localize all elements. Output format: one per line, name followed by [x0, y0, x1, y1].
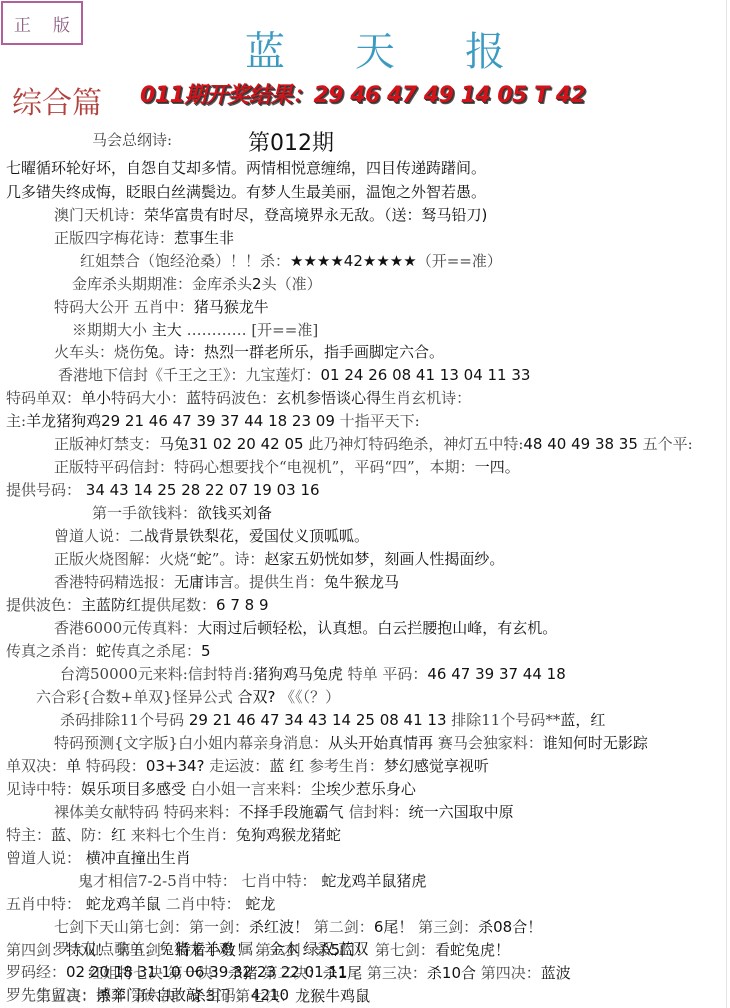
- line-value: 蓝 红: [269, 757, 304, 775]
- line-label: 香港6000元传真料：: [54, 619, 197, 637]
- line-value: 2: [252, 275, 262, 293]
- content-line: ※期期大小 主大 ………… [开==准]: [72, 320, 318, 340]
- line-value: 蓝，红: [560, 711, 605, 729]
- line-value: 29 21 46 47 39 37 44 18 23 09: [101, 412, 335, 430]
- line-value: 一四。: [475, 458, 520, 476]
- line-value: 蛇龙: [245, 895, 275, 913]
- line-label: 《《（？）: [275, 688, 340, 706]
- issue-number: 第012期: [248, 126, 334, 157]
- line-label: 见诗中特：: [6, 780, 81, 798]
- line-value: 兔猪龙羊鸡: [159, 940, 234, 958]
- line-label: 第四决：: [476, 964, 541, 982]
- line-label: 马会总纲诗:: [92, 131, 172, 149]
- line-label: ※期期大小: [72, 321, 152, 339]
- line-label: 鬼才相信7-2-5肖中特： 七肖中特：: [78, 872, 321, 890]
- line-label: 排除11个号码**: [447, 711, 561, 729]
- line-value: 主大: [152, 321, 182, 339]
- section-title: 综合篇: [12, 78, 102, 122]
- line-label: 正版四字梅花诗：: [54, 229, 174, 247]
- line-label: （开==准）: [417, 252, 502, 270]
- line-value: 荣华富贵有时尽，登高境界永无敌。（送：驽马铅刀): [144, 206, 487, 224]
- line-label: 特码大公开 五肖中：: [54, 298, 194, 316]
- content-line: 特码大公开 五肖中：猪马猴龙牛: [54, 297, 269, 317]
- line-value: 合双?: [237, 688, 275, 706]
- content-line: 七曜循环轮好坏，自怨自艾却多情。两情相悦意缠绵，四目传递踌躇间。: [6, 158, 486, 178]
- line-label: 香港地下信封《千王之王》：九宝莲灯：: [58, 366, 321, 384]
- content-line: 罗码经：02 20 18 31 10 06 39 32 23 22 01 11: [6, 962, 348, 982]
- line-value: 玄机参悟谈心得: [276, 389, 381, 407]
- line-label: 主:: [6, 412, 26, 430]
- line-label: 提供波色：: [6, 596, 81, 614]
- line-value: 6 7 8 9: [216, 596, 268, 614]
- line-label: 、防：: [66, 826, 111, 844]
- line-label: 第七剑：: [370, 941, 435, 959]
- line-value: 蓝波: [541, 964, 571, 982]
- content-line: 罗先生留言：博弈门砖自敢敲 组码：4210: [6, 985, 289, 1005]
- content-line: 主:羊龙猪狗鸡29 21 46 47 39 37 44 18 23 09 十指平…: [6, 411, 420, 431]
- line-value: 01 24 26 08 41 13 04 11 33: [321, 366, 531, 384]
- line-label: 属：: [234, 940, 269, 958]
- content-line: 香港地下信封《千王之王》：九宝莲灯：01 24 26 08 41 13 04 1…: [58, 365, 530, 385]
- line-label: 澳门天机诗：: [54, 206, 144, 224]
- line-label: 六合彩{合数+单双}怪异公式: [36, 688, 237, 706]
- line-value: 5: [201, 642, 211, 660]
- line-value: 杀10合: [427, 964, 476, 982]
- content-line: 六合彩{合数+单双}怪异公式 合双? 《《（？）: [36, 687, 340, 707]
- line-label: 生肖玄机诗：: [381, 389, 471, 407]
- line-value: 29 21 46 47 34 43 14 25 08 41 13: [189, 711, 447, 729]
- line-label: ………… [开==准]: [182, 321, 318, 339]
- content-line: 特码单双：单小特码大小：蓝特码波色：玄机参悟谈心得生肖玄机诗：: [6, 388, 471, 408]
- content-line: 几多错失终成悔，眨眼白丝满鬓边。有梦人生最美丽，温饱之外智若愚。: [6, 182, 486, 202]
- content-line: 曾道人说： 横冲直撞出生肖: [6, 848, 191, 868]
- content-line: 见诗中特：娱乐项目多感受 白小姐一言来料：尘埃少惹乐身心: [6, 779, 416, 799]
- line-label: 特码波色：: [201, 389, 276, 407]
- line-label: 十指平天下:: [335, 412, 420, 430]
- content-line: 正版火烧图解：火烧“蛇”。诗：赵家五奶恍如梦，刻画人性揭面纱。: [54, 549, 504, 569]
- content-line: 罗大仙点歌单：兔猪龙羊鸡 属：金木 绿双,蓝双: [54, 939, 368, 959]
- content-line: 单双决：单 特码段：03+34? 走运波：蓝 红 参考生肖：梦幻感觉享视听: [6, 756, 489, 776]
- draw-result: 011期开奖结果：29 46 47 49 14 05 T 42: [140, 78, 585, 109]
- line-value: 兔。诗：热烈一群老所乐，指手画脚定六合。: [144, 343, 444, 361]
- content-line: 第一手欲钱料：欲钱买刘备: [92, 503, 272, 523]
- line-label: 此乃神灯特码绝杀，神灯五中特:: [304, 435, 524, 453]
- content-line: 澳门天机诗：荣华富贵有时尽，登高境界永无敌。（送：驽马铅刀): [54, 205, 487, 225]
- content-line: 曾道人说：二战背景铁梨花，爱国仗义顶呱呱。: [54, 526, 369, 546]
- line-value: 主蓝防红: [81, 596, 141, 614]
- content-line: 红姐禁合（饱经沧桑）！！杀：★★★★42★★★★（开==准）: [80, 251, 502, 271]
- line-label: 裸体美女献特码 特码来料：: [54, 803, 239, 821]
- content-line: 火车头：烧伤兔。诗：热烈一群老所乐，指手画脚定六合。: [54, 342, 444, 362]
- line-value: 34 43 14 25 28 22 07 19 03 16: [81, 481, 320, 499]
- line-value: 02 20 18 31 10 06 39 32 23 22 01 11: [66, 963, 348, 981]
- line-label: 信封料：: [344, 803, 409, 821]
- line-label: ”。诗：: [212, 550, 265, 568]
- content-line: 香港特码精选报：无庸讳言。提供生肖：兔牛猴龙马: [54, 572, 399, 592]
- line-value: 金木 绿双,蓝双: [269, 940, 369, 958]
- line-label: 特码大小：: [111, 389, 186, 407]
- line-label: 七剑下天山第七剑：第一剑：: [54, 918, 249, 936]
- line-value: 二战背景铁梨花，爱国仗义顶呱呱。: [129, 527, 369, 545]
- line-value: 杀08合！: [478, 918, 542, 936]
- line-value: 龙猴牛鸡鼠: [295, 987, 370, 1005]
- line-label: 杀码排除11个号码: [60, 711, 189, 729]
- line-label: 特主：: [6, 826, 51, 844]
- line-label: 提供号码：: [6, 481, 81, 499]
- line-value: 无庸讳言: [174, 573, 234, 591]
- line-label: 香港特码精选报：: [54, 573, 174, 591]
- line-value: 31 02 20 42 05: [189, 435, 304, 453]
- line-label: 第一手欲钱料：: [92, 504, 197, 522]
- content-line: 正版四字梅花诗：惹事生非: [54, 228, 234, 248]
- line-value: 欲钱买刘备: [197, 504, 272, 522]
- line-label: 台湾50000元来料:信封特肖:: [60, 665, 253, 683]
- line-label: 五肖中特：: [6, 895, 86, 913]
- line-value: 不择手段施霸气: [239, 803, 344, 821]
- line-value: 马兔: [159, 435, 189, 453]
- line-value: 6尾！: [374, 918, 414, 936]
- content-line: 提供号码： 34 43 14 25 28 22 07 19 03 16: [6, 480, 320, 500]
- line-label: 参考生肖：: [304, 757, 384, 775]
- line-value: 梦幻感觉享视听: [384, 757, 489, 775]
- line-value: 兔牛猴龙马: [324, 573, 399, 591]
- content-line: 裸体美女献特码 特码来料：不择手段施霸气 信封料：统一六国取中原: [54, 802, 514, 822]
- content-line: 特主：蓝、防：红 来料七个生肖：兔狗鸡猴龙猪蛇: [6, 825, 341, 845]
- line-value: 几多错失终成悔，眨眼白丝满鬓边。有梦人生最美丽，温饱之外智若愚。: [6, 183, 486, 201]
- content-line: 马会总纲诗:: [92, 130, 172, 150]
- line-value: 兔狗鸡猴龙猪蛇: [236, 826, 341, 844]
- content-line: 特码预测{文字版}白小姐内幕亲身消息：从头开始真情再 赛马会独家料：谁知何时无影…: [54, 733, 648, 753]
- line-value: 单: [66, 757, 81, 775]
- line-value: 杀红波！: [249, 918, 309, 936]
- line-value: 谁知何时无影踪: [543, 734, 648, 752]
- line-label: 特码预测{文字版}白小姐内幕亲身消息：: [54, 734, 328, 752]
- badge-char-left: 正: [14, 11, 31, 36]
- line-value: 48 40 49 38 35: [523, 435, 638, 453]
- line-label: 走运波：: [205, 757, 270, 775]
- line-label: 传真之杀肖：: [6, 642, 96, 660]
- line-label: 提供尾数：: [141, 596, 216, 614]
- line-label: 曾道人说：: [54, 527, 129, 545]
- line-label: 赛马会独家料：: [433, 734, 543, 752]
- line-label: 头（准）: [262, 275, 322, 293]
- line-label: 。提供生肖：: [234, 573, 324, 591]
- line-value: 蛇: [96, 642, 111, 660]
- line-value: 赵家五奶恍如梦，刻画人性揭面纱。: [264, 550, 504, 568]
- line-value: 博弈门砖自敢敲: [96, 986, 201, 1004]
- line-label: 特码单双：: [6, 389, 81, 407]
- content-line: 香港6000元传真料：大雨过后顿轻松，认真想。白云拦腰抱山峰，有玄机。: [54, 618, 557, 638]
- line-value: 横冲直撞出生肖: [86, 849, 191, 867]
- line-label: 罗先生留言：: [6, 986, 96, 1004]
- line-label: 来料七个生肖：: [126, 826, 236, 844]
- content-line: 五肖中特： 蛇龙鸡羊鼠 二肖中特： 蛇龙: [6, 894, 275, 914]
- line-label: 曾道人说：: [6, 849, 86, 867]
- line-value: 羊龙猪狗鸡: [26, 412, 101, 430]
- line-value: 蓝: [51, 826, 66, 844]
- line-label: 正版特平码信封：特码心想要找个“电视机”，平码“四”，本期：: [54, 458, 475, 476]
- line-value: 惹事生非: [174, 229, 234, 247]
- line-label: 第三决：: [362, 964, 427, 982]
- line-label: 白小姐一言来料：: [186, 780, 311, 798]
- line-value: 蛇龙鸡羊鼠: [86, 895, 161, 913]
- line-label: 正版神灯禁支：: [54, 435, 159, 453]
- line-value: 单: [81, 389, 96, 407]
- line-label: 特码段：: [81, 757, 146, 775]
- content-line: 正版神灯禁支：马兔31 02 20 42 05 此乃神灯特码绝杀，神灯五中特:4…: [54, 434, 693, 454]
- line-label: 单双决：: [6, 757, 66, 775]
- masthead-char-3: 报: [465, 20, 505, 77]
- line-label: 罗大仙点歌单：: [54, 940, 159, 958]
- content-line: 传真之杀肖：蛇传真之杀尾：5: [6, 641, 211, 661]
- content-line: 金库杀头期期准：金库杀头2头（准）: [72, 274, 322, 294]
- content-line: 杀码排除11个号码 29 21 46 47 34 43 14 25 08 41 …: [60, 710, 605, 730]
- line-value: 猪狗鸡马兔虎: [253, 665, 343, 683]
- line-value: 4210: [251, 986, 289, 1004]
- content-line: 提供波色：主蓝防红提供尾数：6 7 8 9: [6, 595, 269, 615]
- line-value: 从头开始真情再: [328, 734, 433, 752]
- line-label: 火车头：烧伤: [54, 343, 144, 361]
- line-label: 正版火烧图解：火烧“: [54, 550, 197, 568]
- line-value: 娱乐项目多感受: [81, 780, 186, 798]
- line-label: 五个平:: [638, 435, 693, 453]
- line-label: 红姐禁合（饱经沧桑）！！杀：: [80, 252, 290, 270]
- line-value: 小: [96, 389, 111, 407]
- line-value: ★★★★42★★★★: [290, 252, 417, 270]
- masthead-char-1: 蓝: [245, 20, 285, 77]
- line-label: 罗码经：: [6, 963, 66, 981]
- line-value: 看蛇兔虎！: [435, 941, 510, 959]
- line-value: 七曜循环轮好坏，自怨自艾却多情。两情相悦意缠绵，四目传递踌躇间。: [6, 159, 486, 177]
- line-label: 特单 平码：: [343, 665, 428, 683]
- content-line: 正版特平码信封：特码心想要找个“电视机”，平码“四”，本期：一四。: [54, 457, 520, 477]
- line-label: 二肖中特：: [161, 895, 246, 913]
- masthead-char-2: 天: [355, 20, 395, 77]
- draw-result-label: 011期开奖结果：: [140, 83, 313, 108]
- genuine-badge: 正 版: [1, 1, 83, 45]
- content-line: 七剑下天山第七剑：第一剑：杀红波！ 第二剑：6尾！ 第三剑：杀08合！: [54, 917, 542, 937]
- line-value: 46 47 39 37 44 18: [427, 665, 565, 683]
- masthead-title: 蓝 天 报: [245, 20, 505, 77]
- line-value: 大雨过后顿轻松，认真想。白云拦腰抱山峰，有玄机。: [197, 619, 557, 637]
- line-value: 统一六国取中原: [409, 803, 514, 821]
- line-value: 蛇: [197, 550, 212, 568]
- draw-result-numbers: 29 46 47 49 14 05 T 42: [313, 83, 585, 108]
- line-value: 猪马猴龙牛: [194, 298, 269, 316]
- line-label: 金库杀头期期准：金库杀头: [72, 275, 252, 293]
- line-value: 03+34?: [146, 757, 205, 775]
- badge-char-right: 版: [53, 11, 70, 36]
- line-value: 红: [111, 826, 126, 844]
- line-value: 蓝: [186, 389, 201, 407]
- line-label: 第三剑：: [413, 918, 478, 936]
- content-line: 鬼才相信7-2-5肖中特： 七肖中特： 蛇龙鸡羊鼠猪虎: [78, 871, 426, 891]
- line-label: 组码：: [201, 986, 251, 1004]
- line-label: 第二剑：: [309, 918, 374, 936]
- line-value: 蛇龙鸡羊鼠猪虎: [321, 872, 426, 890]
- line-label: 传真之杀尾：: [111, 642, 201, 660]
- newspaper-page: 正 版 蓝 天 报 综合篇 011期开奖结果：29 46 47 49 14 05…: [0, 0, 727, 1008]
- line-value: 尘埃少惹乐身心: [311, 780, 416, 798]
- content-line: 台湾50000元来料:信封特肖:猪狗鸡马兔虎 特单 平码：46 47 39 37…: [60, 664, 566, 684]
